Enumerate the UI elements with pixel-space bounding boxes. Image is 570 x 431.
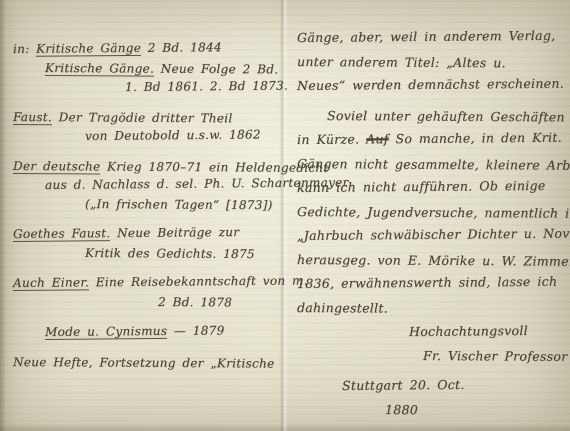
letter-line: aus d. Nachlass d. sel. Ph. U. Schartenm… (45, 174, 279, 195)
text-segment: — 1879 (167, 323, 224, 337)
underlined-text: Mode u. Cynismus (45, 324, 167, 340)
letter-line: 2 Bd. 1878 (158, 293, 279, 313)
letter-line: Neues“ werden demnächst erscheinen. (297, 72, 564, 98)
underlined-text: Auch Einer. (13, 275, 89, 291)
text-segment: Gänge, aber, weil in anderem Verlag, (297, 28, 556, 45)
text-segment: Soviel unter gehäuften Geschäften (327, 108, 565, 124)
text-segment: in Kürze. (297, 131, 366, 147)
left-page-lines: in: Kritische Gänge 2 Bd. 1844Kritische … (0, 0, 285, 431)
letter-line: Stuttgart 20. Oct. (342, 372, 564, 398)
text-segment: Neue Folge 2 Bd. (154, 62, 278, 77)
letter-line: in Kürze. Auf So manche, in den Krit. (297, 126, 564, 152)
text-segment: („In frischen Tagen“ [1873]) (85, 197, 273, 212)
underlined-text: Goethes Faust. (13, 226, 111, 242)
text-segment: Gängen nicht gesammelte, kleinere Arbeit… (297, 156, 570, 173)
letter-line: Gänge, aber, weil in anderem Verlag, (297, 24, 564, 50)
text-segment: Fr. Vischer Professor (423, 348, 567, 364)
letter-line: in: Kritische Gänge 2 Bd. 1844 (13, 38, 279, 59)
letter-line: von Deutobold u.s.w. 1862 (85, 125, 279, 146)
right-page-lines: Gänge, aber, weil in anderem Verlag,unte… (285, 0, 570, 431)
text-segment: unter anderem Titel: „Altes u. (297, 54, 506, 70)
underlined-text: Kritische Gänge (36, 41, 141, 57)
letter-line: Mode u. Cynismus — 1879 (45, 321, 279, 342)
letter-scan: in: Kritische Gänge 2 Bd. 1844Kritische … (0, 0, 570, 431)
letter-line: kann ich nicht aufführen. Ob einige (297, 174, 564, 200)
letter-line: 1880 (385, 398, 564, 423)
text-segment: Stuttgart 20. Oct. (342, 377, 465, 393)
underlined-text: Kritische Gänge. (45, 61, 154, 77)
text-segment: 1836, erwähnenswerth sind, lasse ich (297, 274, 557, 291)
struck-out-text: Auf (366, 131, 389, 146)
letter-line: Auch Einer. Eine Reisebekanntschaft von … (13, 272, 279, 293)
text-segment: kann ich nicht aufführen. Ob einige (297, 178, 546, 195)
text-segment: von Deutobold u.s.w. 1862 (85, 127, 261, 143)
text-segment: 1880 (385, 402, 418, 417)
letter-line: 1836, erwähnenswerth sind, lasse ich (297, 270, 564, 296)
text-segment: „Jahrbuch schwäbischer Dichter u. Novell… (297, 225, 570, 243)
text-segment: Gedichte, Jugendversuche, namentlich in (297, 204, 570, 221)
letter-line: dahingestellt. (297, 296, 564, 322)
text-segment: Neue Hefte, Fortsetzung der „Kritische (13, 355, 275, 371)
text-segment: Kritik des Gedichts. 1875 (85, 246, 255, 261)
letter-line: Goethes Faust. Neue Beiträge zur (13, 223, 279, 244)
text-segment: Neue Beiträge zur (110, 225, 239, 240)
letter-line: 1. Bd 1861. 2. Bd 1873. (125, 77, 279, 97)
text-segment: Eine Reisebekanntschaft von m. (89, 273, 308, 289)
text-segment: Der Tragödie dritter Theil (52, 110, 233, 125)
text-segment: Neues“ werden demnächst erscheinen. (297, 76, 564, 93)
text-segment: So manche, in den Krit. (389, 130, 562, 147)
letter-line: „Jahrbuch schwäbischer Dichter u. Novell… (297, 222, 564, 248)
text-segment: 2 Bd. 1878 (158, 295, 232, 309)
letter-line: Neue Hefte, Fortsetzung der „Kritische (13, 353, 279, 374)
text-segment: 2 Bd. 1844 (141, 40, 222, 55)
letter-line: Hochachtungsvoll (409, 319, 564, 344)
text-segment: herausgeg. von E. Mörike u. W. Zimmerman… (297, 252, 570, 269)
text-segment: dahingestellt. (297, 300, 388, 316)
underlined-text: Der deutsche (13, 159, 101, 175)
text-segment: Hochachtungsvoll (409, 323, 528, 339)
underlined-text: Faust. (13, 110, 52, 125)
letter-line: Kritik des Gedichts. 1875 (85, 244, 279, 264)
text-segment: in: (13, 42, 36, 56)
text-segment: 1. Bd 1861. 2. Bd 1873. (125, 79, 288, 94)
letter-line: („In frischen Tagen“ [1873]) (85, 195, 279, 215)
letter-line: Fr. Vischer Professor (423, 344, 564, 369)
